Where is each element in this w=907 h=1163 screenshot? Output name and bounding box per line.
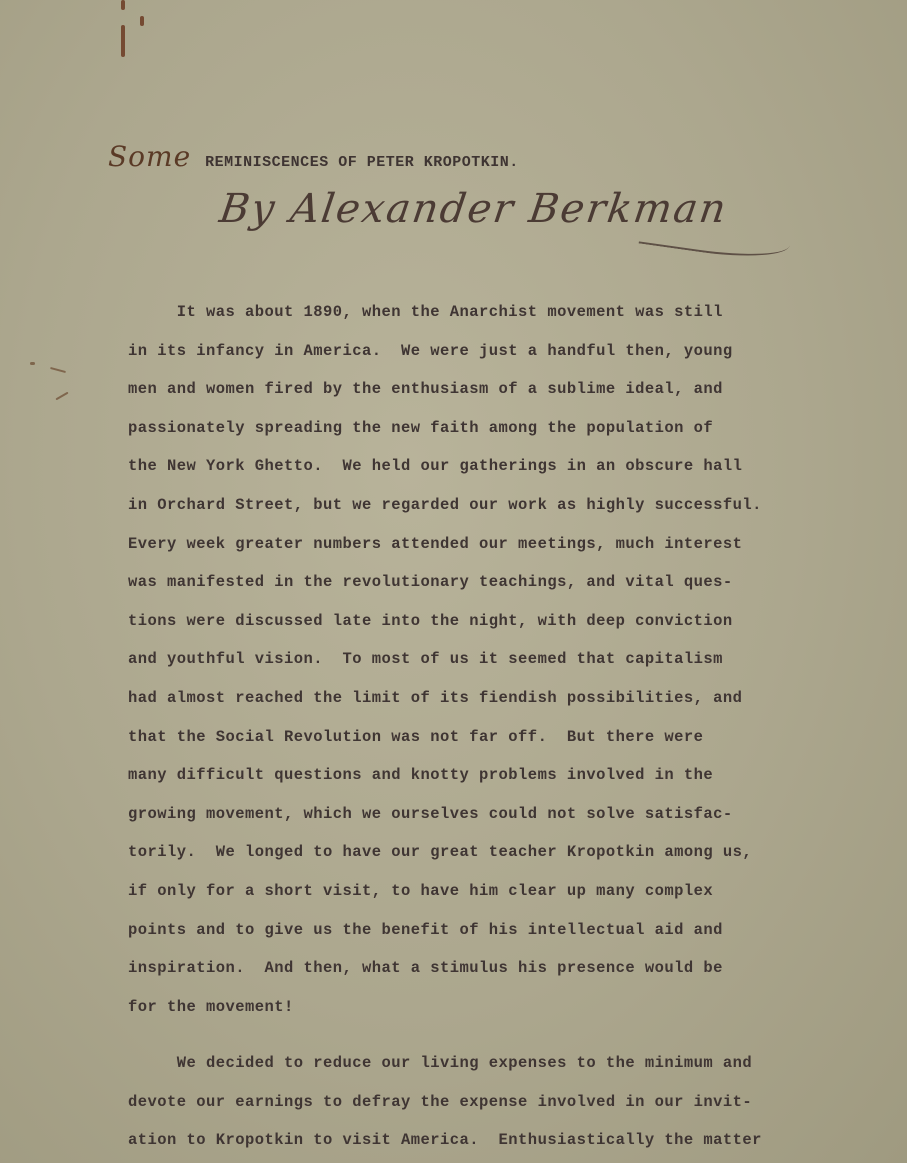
text-line: We decided to reduce our living expenses… — [128, 1047, 868, 1086]
text-line: many difficult questions and knotty prob… — [128, 759, 868, 798]
text-line: points and to give us the benefit of his… — [128, 914, 868, 953]
margin-mark — [55, 392, 68, 401]
text-line: torily. We longed to have our great teac… — [128, 836, 868, 875]
ink-mark-top-left — [121, 0, 125, 10]
title-row: Some REMINISCENCES OF PETER KROPOTKIN. — [108, 140, 519, 173]
paragraph-1: It was about 1890, when the Anarchist mo… — [128, 296, 868, 1029]
text-line: It was about 1890, when the Anarchist mo… — [128, 296, 868, 335]
text-line: for the movement! — [128, 991, 868, 1030]
text-line: passionately spreading the new faith amo… — [128, 412, 868, 451]
text-line: was manifested in the revolutionary teac… — [128, 566, 868, 605]
text-line: in Orchard Street, but we regarded our w… — [128, 489, 868, 528]
text-line: inspiration. And then, what a stimulus h… — [128, 952, 868, 991]
text-line: if only for a short visit, to have him c… — [128, 875, 868, 914]
typewritten-page: Some REMINISCENCES OF PETER KROPOTKIN. B… — [0, 0, 907, 1163]
text-line: Every week greater numbers attended our … — [128, 528, 868, 567]
text-line: the New York Ghetto. We held our gatheri… — [128, 450, 868, 489]
paragraph-spacer — [128, 1029, 868, 1047]
text-line: ation to Kropotkin to visit America. Ent… — [128, 1124, 868, 1163]
text-line: had almost reached the limit of its fien… — [128, 682, 868, 721]
text-line: tions were discussed late into the night… — [128, 605, 868, 644]
text-line: devote our earnings to defray the expens… — [128, 1086, 868, 1125]
text-line: that the Social Revolution was not far o… — [128, 721, 868, 760]
paragraph-2: We decided to reduce our living expenses… — [128, 1047, 868, 1163]
ink-mark-top-left — [121, 25, 125, 57]
text-line: and youthful vision. To most of us it se… — [128, 643, 868, 682]
ink-mark-top-left — [140, 16, 144, 26]
document-body: It was about 1890, when the Anarchist mo… — [128, 296, 868, 1163]
text-line: growing movement, which we ourselves cou… — [128, 798, 868, 837]
text-line: men and women fired by the enthusiasm of… — [128, 373, 868, 412]
text-line: in its infancy in America. We were just … — [128, 335, 868, 374]
handwritten-prefix: Some — [108, 140, 191, 173]
document-title: REMINISCENCES OF PETER KROPOTKIN. — [205, 154, 519, 171]
margin-mark — [50, 367, 66, 373]
margin-mark — [30, 362, 35, 365]
